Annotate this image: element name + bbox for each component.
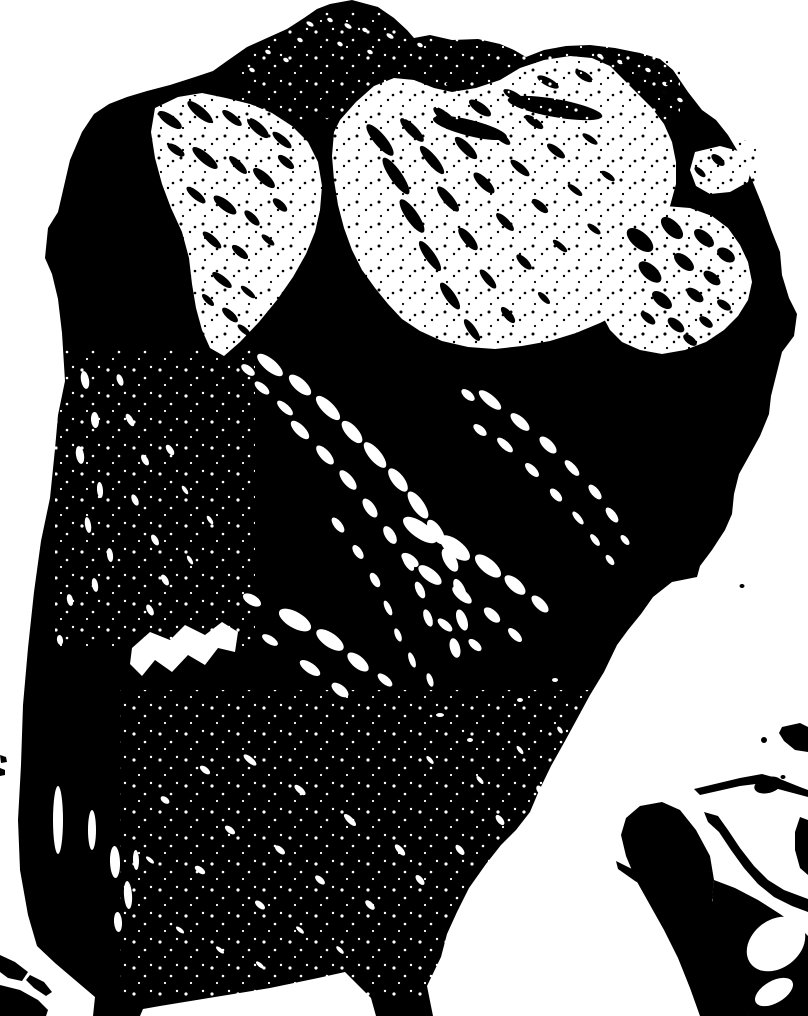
- lower-dashes-item: [467, 738, 473, 742]
- stray-dots-item: [740, 584, 745, 588]
- boulder-figure: High-contrast 1-bit black-and-white phot…: [0, 0, 808, 1016]
- stray-dots-item: [781, 775, 786, 779]
- lower-dashes-item: [436, 713, 444, 717]
- lower-dashes-item: [88, 810, 96, 850]
- stray-dots-item: [761, 737, 767, 743]
- lower-speck-field: [120, 690, 600, 1000]
- lower-dashes-item: [552, 678, 558, 682]
- left-face-speck-field: [55, 350, 255, 650]
- boulder-svg: [0, 0, 808, 1016]
- boulder-layers: [0, 0, 808, 1016]
- right-face-grain: [595, 140, 760, 355]
- lower-dashes-item: [517, 698, 523, 702]
- upper-left-grain: [150, 95, 335, 350]
- lower-dashes-item: [53, 786, 63, 854]
